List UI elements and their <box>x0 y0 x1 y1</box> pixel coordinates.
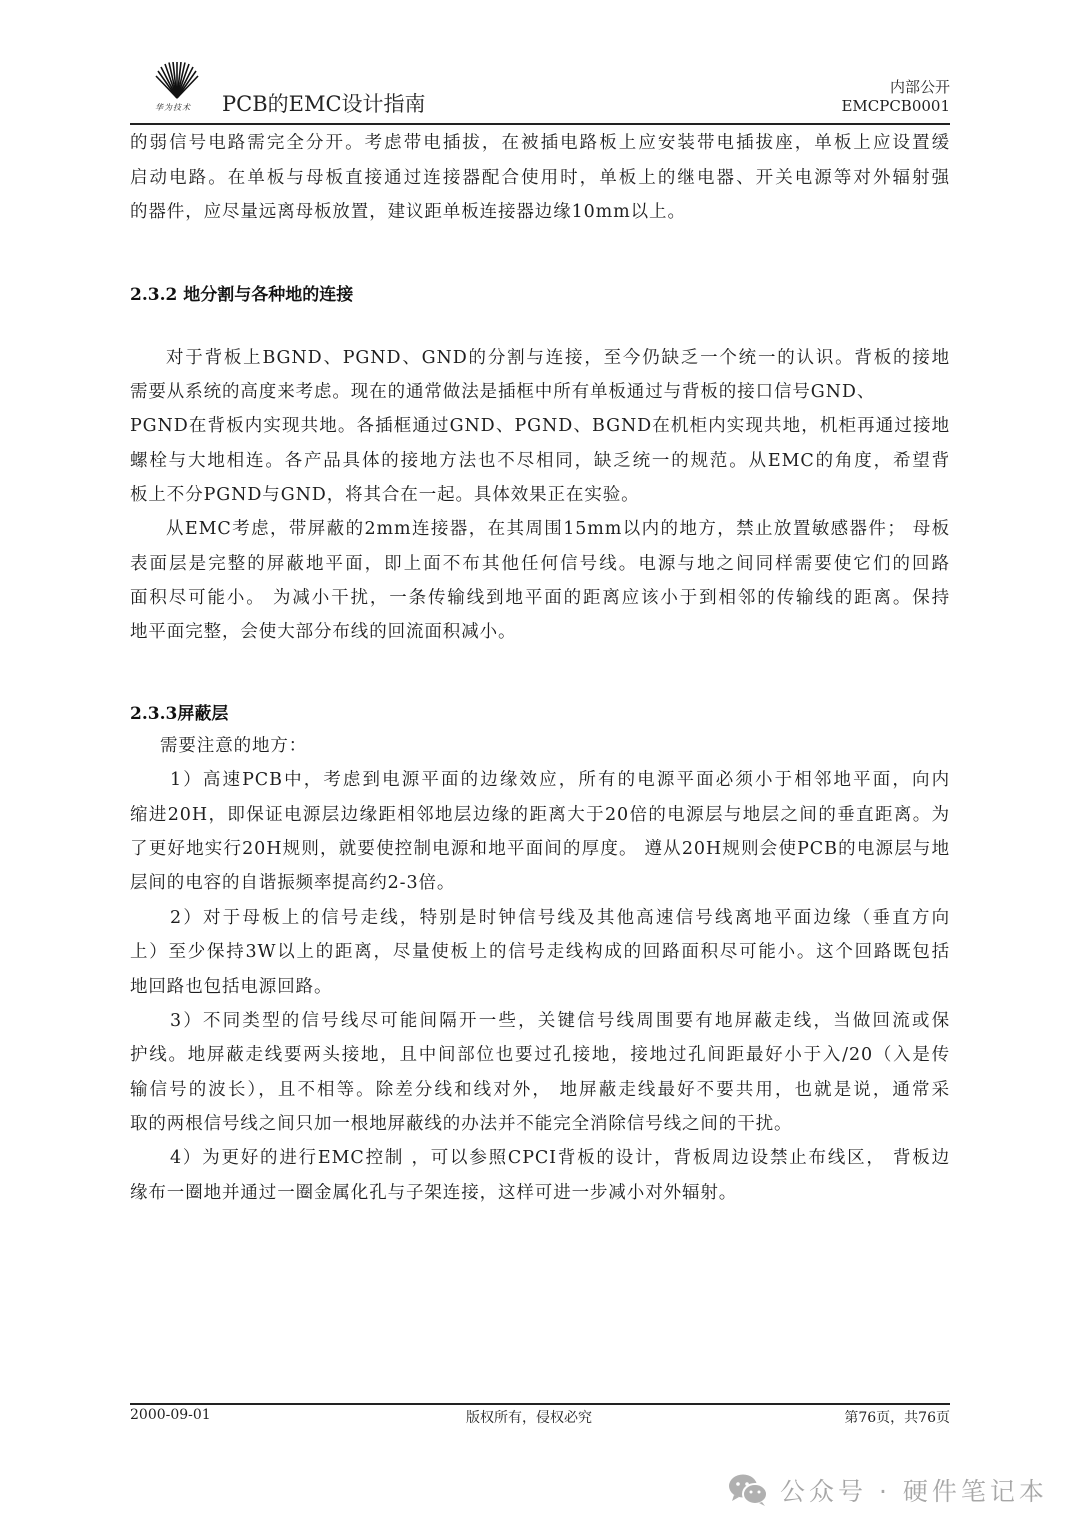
text-line: 板上不分PGND与GND，将其合在一起。具体效果正在实验。 <box>130 483 950 507</box>
text-line: 1）高速PCB中，考虑到电源平面的边缘效应，所有的电源平面必须小于相邻地平面，向… <box>170 768 950 792</box>
text-line: 表面层是完整的屏蔽地平面，即上面不布其他任何信号线。电源与地之间同样需要使它们的… <box>130 552 950 576</box>
footer-rule <box>130 1403 950 1405</box>
text-line: 缩进20H，即保证电源层边缘距相邻地层边缘的距离大于20倍的电源层与地层之间的垂… <box>130 803 950 827</box>
text-line: 取的两根信号线之间只加一根地屏蔽线的办法并不能完全消除信号线之间的干扰。 <box>130 1112 950 1136</box>
text-line: 护线。地屏蔽走线要两头接地，且中间部位也要过孔接地，接地过孔间距最好小于入/20… <box>130 1043 950 1067</box>
document-title: PCB的EMC设计指南 <box>222 88 426 118</box>
text-line: 需要从系统的高度来考虑。现在的通常做法是插框中所有单板通过与背板的接口信号GND… <box>130 380 950 404</box>
text-line: 2）对于母板上的信号走线，特别是时钟信号线及其他高速信号线离地平面边缘（垂直方向 <box>170 906 950 930</box>
text-line: 对于背板上BGND、PGND、GND的分割与连接，至今仍缺乏一个统一的认识。背板… <box>166 346 950 370</box>
text-line: 启动电路。在单板与母板直接通过连接器配合使用时，单板上的继电器、开关电源等对外辐… <box>130 166 950 190</box>
text-line: 面积尽可能小。 为减小干扰，一条传输线到地平面的距离应该小于到相邻的传输线的距离… <box>130 586 950 610</box>
text-line: 上）至少保持3W以上的距离，尽量使板上的信号走线构成的回路面积尽可能小。这个回路… <box>130 940 950 964</box>
text-line: 需要注意的地方： <box>160 734 950 758</box>
text-line: 了更好地实行20H规则，就要使控制电源和地平面间的厚度。 遵从20H规则会使PC… <box>130 837 950 861</box>
text-line: 层间的电容的自谐振频率提高约2-3倍。 <box>130 871 950 895</box>
text-line: 输信号的波长），且不相等。除差分线和线对外， 地屏蔽走线最好不要共用，也就是说，… <box>130 1078 950 1102</box>
text-line: 地平面完整，会使大部分布线的回流面积减小。 <box>130 620 950 644</box>
company-logo: 华为技术 <box>152 62 202 114</box>
text-line: 地回路也包括电源回路。 <box>130 975 950 999</box>
logo-caption: 华为技术 <box>155 102 191 113</box>
text-line: 缘布一圈地并通过一圈金属化孔与子架连接，这样可进一步减小对外辐射。 <box>130 1181 950 1205</box>
text-line: 4）为更好的进行EMC控制 ，可以参照CPCI背板的设计，背板周边设禁止布线区，… <box>170 1146 950 1170</box>
text-line: 从EMC考虑，带屏蔽的2mm连接器，在其周围15mm以内的地方，禁止放置敏感器件… <box>166 517 950 541</box>
text-line: 的弱信号电路需完全分开。考虑带电插拔，在被插电路板上应安装带电插拔座，单板上应设… <box>130 131 950 155</box>
watermark-text: 公众号 · 硬件笔记本 <box>780 1472 1048 1508</box>
text-line: 螺栓与大地相连。各产品具体的接地方法也不尽相同，缺乏统一的规范。从EMC的角度，… <box>130 449 950 473</box>
text-line: PGND在背板内实现共地。各插框通过GND、PGND、BGND在机柜内实现共地，… <box>130 414 950 438</box>
footer-page-number: 第76页，共76页 <box>844 1407 950 1427</box>
watermark: 公众号 · 硬件笔记本 <box>728 1472 1048 1508</box>
document-id: EMCPCB0001 <box>841 97 950 115</box>
wechat-icon <box>728 1473 770 1507</box>
footer-copyright: 版权所有，侵权必究 <box>466 1407 592 1427</box>
text-line: 3）不同类型的信号线尽可能间隔开一些，关键信号线周围要有地屏蔽走线，当做回流或保 <box>170 1009 950 1033</box>
text-line: 的器件，应尽量远离母板放置，建议距单板连接器边缘10mm以上。 <box>130 200 950 224</box>
classification-label: 内部公开 <box>890 76 950 97</box>
section-heading-2-3-2: 2.3.2 地分割与各种地的连接 <box>130 280 353 305</box>
section-heading-2-3-3: 2.3.3屏蔽层 <box>130 699 228 724</box>
footer-date: 2000-09-01 <box>130 1407 211 1423</box>
header-rule <box>130 123 950 125</box>
